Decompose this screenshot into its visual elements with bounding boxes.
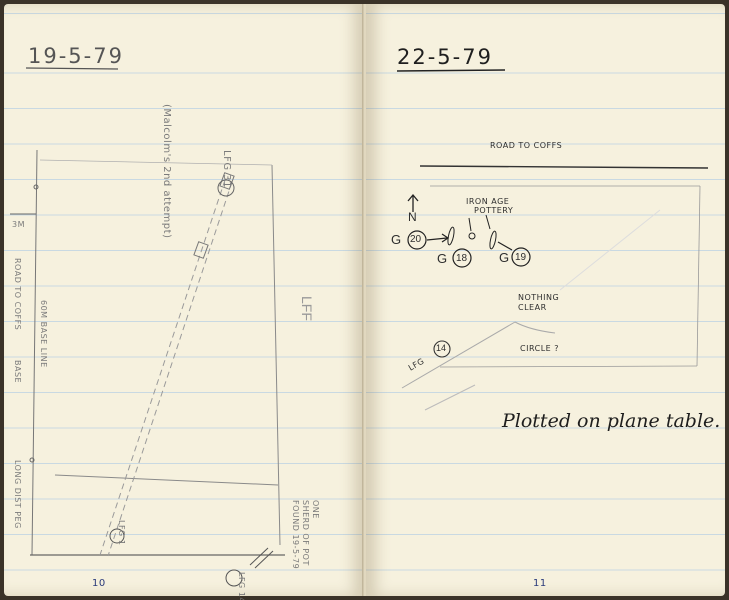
plotted-note: Plotted on plane table.: [502, 410, 720, 432]
sherd-note-line-3: FOUND 19-5-79: [291, 500, 300, 569]
lfg-31-label: LFG 31: [221, 150, 232, 188]
sketch-drawings: [0, 0, 729, 600]
sherd-note-line-1: ONE: [311, 500, 320, 519]
circle-question-label: CIRCLE ?: [520, 344, 559, 353]
lfg-14-right-number: 14: [436, 343, 446, 353]
g19-prefix: G: [499, 250, 509, 265]
g18-prefix: G: [437, 251, 447, 266]
lfg-14-left-label: LFG 14: [237, 572, 246, 600]
g19-number: 19: [515, 252, 526, 263]
right-page-number: 11: [533, 578, 547, 589]
pottery-label: POTTERY: [474, 206, 513, 215]
lfg-bottom-label: LFG 1: [117, 520, 126, 545]
road-to-coffs-heading: ROAD TO COFFS: [490, 141, 562, 150]
g20-prefix: G: [391, 232, 401, 247]
road-to-coffs-label: ROAD TO COFFS: [13, 258, 22, 330]
g18-number: 18: [456, 253, 467, 264]
iron-age-label: IRON AGE: [466, 197, 509, 206]
north-label: N: [408, 210, 417, 224]
lff-label: LFF: [299, 296, 315, 321]
nothing-clear-line-1: NOTHING: [518, 293, 559, 302]
malcolms-note: (Malcolm's 2nd attempt): [161, 104, 172, 238]
left-page-date: 19-5-79: [28, 44, 124, 68]
baseline-label: 60M BASE LINE: [39, 300, 48, 368]
nothing-clear-line-2: CLEAR: [518, 303, 547, 312]
left-page-number: 10: [92, 578, 106, 589]
right-page-date: 22-5-79: [397, 45, 493, 69]
sherd-note-line-2: SHERD OF POT: [301, 500, 310, 566]
g20-number: 20: [410, 234, 421, 245]
long-dist-peg-label: LONG DIST PEG: [13, 460, 22, 529]
scale-3m-label: 3M: [12, 220, 25, 229]
base-label: BASE: [13, 360, 22, 383]
